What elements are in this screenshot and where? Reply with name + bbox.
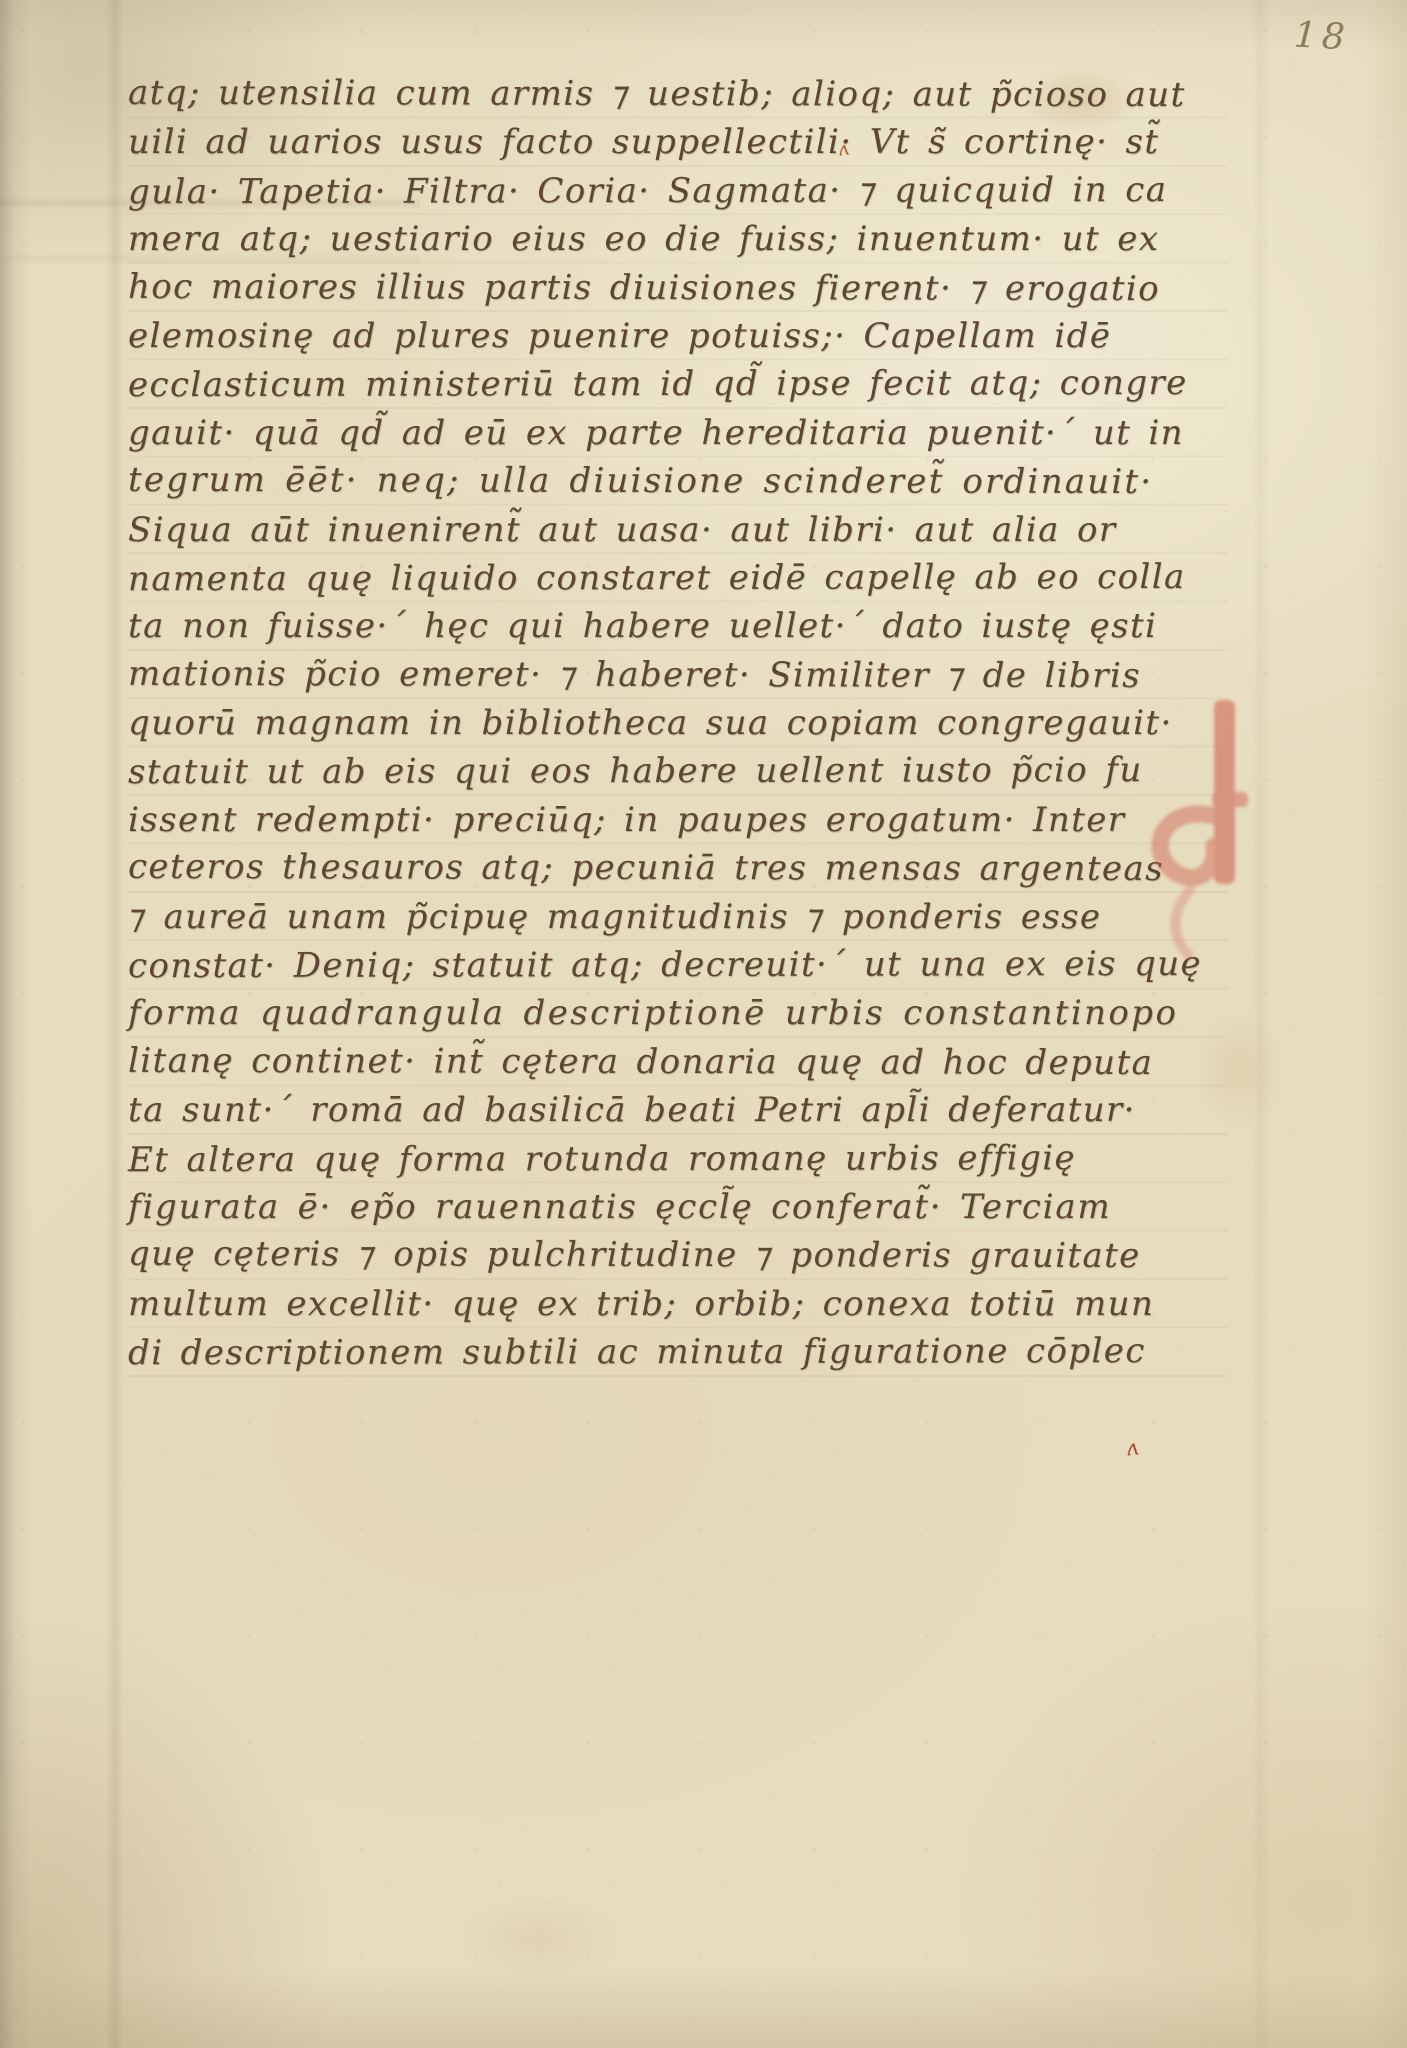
manuscript-text-block: atq; utensilia cum armis ⁊ uestib; alioq… xyxy=(128,70,1228,1377)
manuscript-line: uili ad uarios usus facto suppellectili·… xyxy=(128,118,1228,166)
manuscript-line: forma quadrangula descriptionē urbis con… xyxy=(128,989,1228,1037)
insertion-caret-icon: ʌ xyxy=(1125,1435,1140,1461)
manuscript-line: di descriptionem subtili ac minuta figur… xyxy=(128,1327,1228,1378)
manuscript-line: ta sunt·´ romā ad basilicā beati Petri a… xyxy=(128,1086,1228,1134)
manuscript-line: ceteros thesauros atq; pecuniā tres mens… xyxy=(128,843,1228,894)
manuscript-line: ⁊ aureā unam p̃cipuę magnitudinis ⁊ pond… xyxy=(128,893,1228,941)
manuscript-line: hoc maiores illius partis diuisiones fie… xyxy=(128,262,1228,313)
manuscript-line: statuit ut ab eis qui eos habere uellent… xyxy=(128,746,1228,797)
manuscript-line: quę cęteris ⁊ opis pulchritudine ⁊ ponde… xyxy=(128,1230,1228,1281)
manuscript-line: figurata ē· ep̃o rauennatis ęccl̃ę confe… xyxy=(128,1183,1228,1231)
manuscript-line: gula· Tapetia· Filtra· Coria· Sagmata· ⁊… xyxy=(128,166,1228,217)
manuscript-line: ta non fuisse·´ hęc qui habere uellet·´ … xyxy=(128,602,1228,650)
manuscript-line: multum excellit· quę ex trib; orbib; con… xyxy=(128,1280,1228,1328)
manuscript-line: ecclasticum ministeriū tam id qd̃ ipse f… xyxy=(128,359,1228,410)
manuscript-line: elemosinę ad plures puenire potuiss;· Ca… xyxy=(128,312,1228,360)
manuscript-line: litanę continet· int̃ cętera donaria quę… xyxy=(128,1037,1228,1088)
manuscript-line: mationis p̃cio emeret· ⁊ haberet· Simili… xyxy=(128,650,1228,701)
manuscript-line: tegrum ēēt· neq; ulla diuisione scindere… xyxy=(128,456,1228,507)
parchment-crease xyxy=(1252,0,1270,2048)
manuscript-line: Et altera quę forma rotunda romanę urbis… xyxy=(128,1133,1228,1184)
parchment-crease xyxy=(106,0,124,2048)
manuscript-line: mera atq; uestiario eius eo die fuiss; i… xyxy=(128,215,1228,263)
manuscript-page: 18 atq; utensilia cum armis ⁊ uestib; al… xyxy=(0,0,1407,2048)
manuscript-line: constat· Deniq; statuit atq; decreuit·´ … xyxy=(128,940,1228,991)
manuscript-line: quorū magnam in bibliotheca sua copiam c… xyxy=(128,699,1228,747)
parchment-stain xyxy=(430,1880,650,2000)
manuscript-line: issent redempti· preciūq; in paupes erog… xyxy=(128,796,1228,844)
manuscript-line: Siqua aūt inuenirent̃ aut uasa· aut libr… xyxy=(128,506,1228,554)
folio-number: 18 xyxy=(1293,15,1351,59)
manuscript-line: atq; utensilia cum armis ⁊ uestib; alioq… xyxy=(128,69,1228,120)
manuscript-line: gauit· quā qd̃ ad eū ex parte hereditari… xyxy=(128,409,1228,457)
manuscript-line: namenta quę liquido constaret eidē capel… xyxy=(128,553,1228,604)
